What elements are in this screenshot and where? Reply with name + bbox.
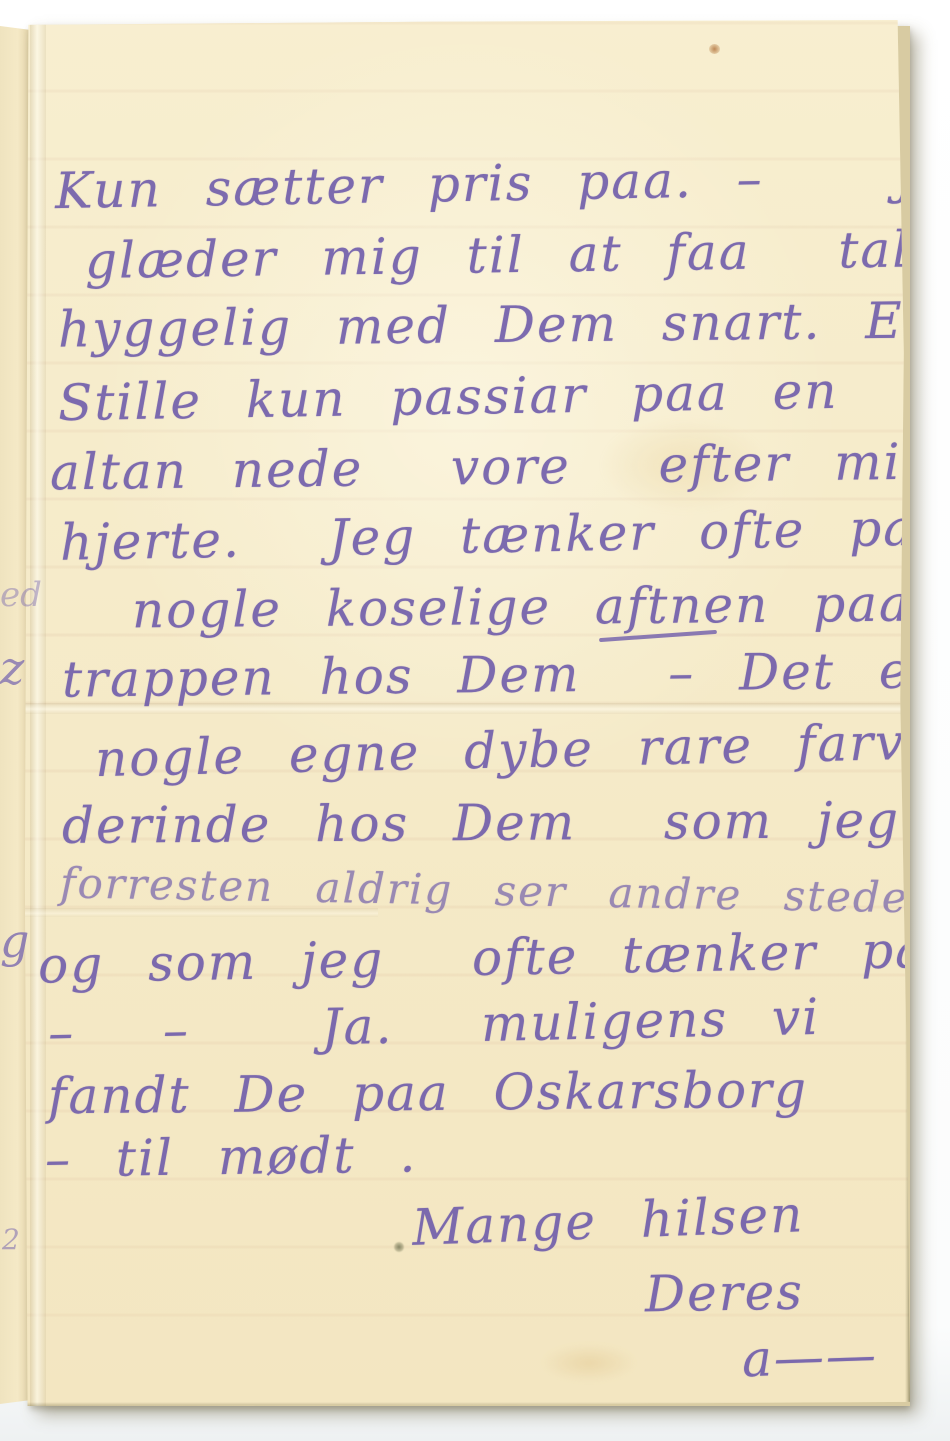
handwriting-line: hyggelig med Dem snart. En	[58, 295, 938, 354]
handwriting-line: nogle koselige aftnen paa	[132, 579, 911, 636]
handwriting-line: nogle egne dybe rare farver	[95, 716, 950, 784]
margin-fragment: 2	[2, 1226, 20, 1254]
signature-initial: a——	[741, 1330, 878, 1385]
scan-background: Kun sætter pris paa. – Jeg glæder mig ti…	[0, 0, 950, 1441]
handwriting-line: fandt De paa Oskarsborg	[48, 1065, 808, 1122]
margin-fragment: ed	[0, 578, 42, 612]
signature-from: Deres	[645, 1267, 805, 1320]
handwriting-line: og som jeg ofte tænker paa .	[38, 923, 950, 990]
letter-page: Kun sætter pris paa. – Jeg glæder mig ti…	[24, 20, 910, 1406]
handwriting-line: altan nede vore efter mit	[50, 437, 924, 498]
handwriting-line: Stille kun passiar paa en	[58, 366, 839, 428]
handwriting-line: derinde hos Dem som jeg	[62, 795, 900, 851]
ink-blot	[394, 1242, 404, 1252]
handwriting-line: – – Ja. muligens vi	[48, 992, 821, 1058]
handwriting-line: Kun sætter pris paa. – Jeg	[55, 150, 950, 216]
handwriting-line: trappen hos Dem – Det er	[62, 645, 937, 704]
rust-spot	[709, 44, 720, 54]
paper-stain	[544, 1345, 634, 1381]
margin-fragment: z	[0, 645, 24, 691]
signature-greeting: Mange hilsen	[411, 1189, 805, 1253]
handwriting-line: hjerte. Jeg tænker ofte paa	[60, 502, 948, 567]
margin-fragment: g	[0, 918, 29, 964]
handwriting-line: glæder mig til at faa tale	[85, 224, 942, 286]
handwriting-line: – til mødt .	[45, 1129, 418, 1184]
